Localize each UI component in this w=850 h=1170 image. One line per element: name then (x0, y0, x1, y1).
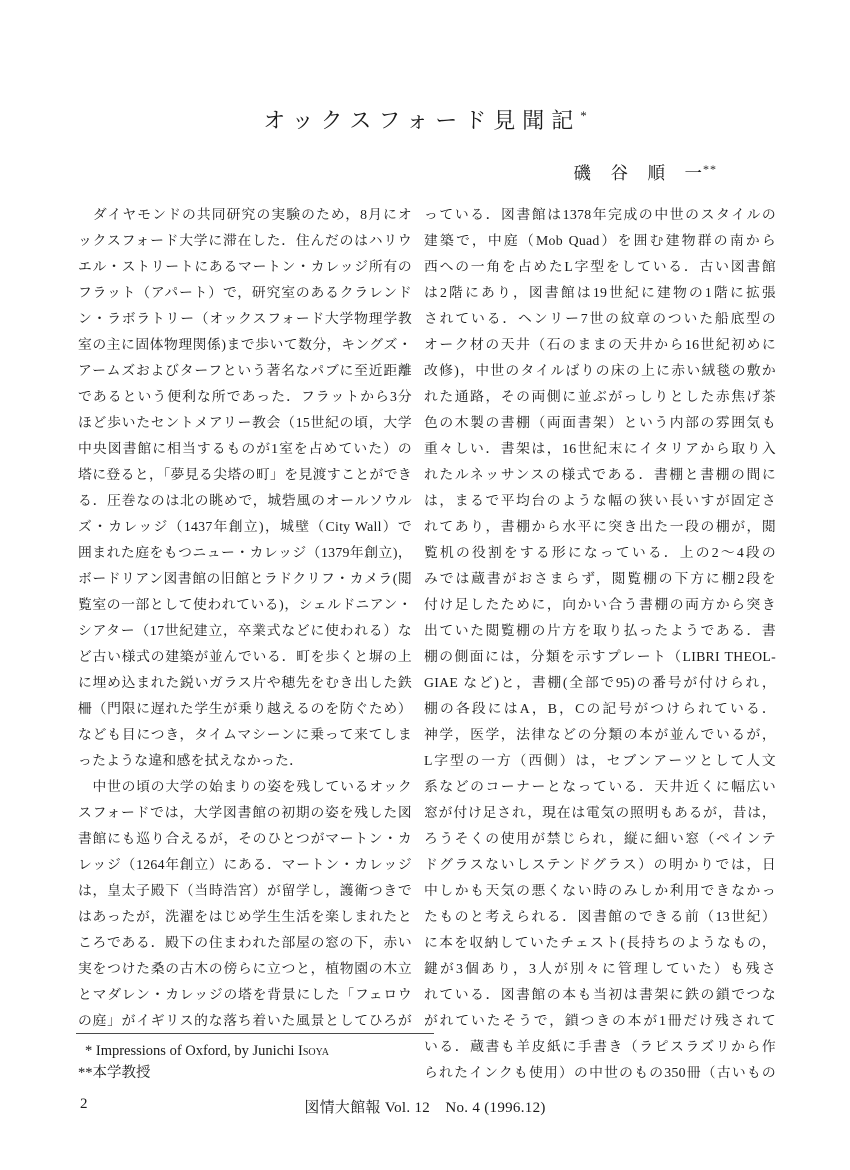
text-line: 塔に登ると，「夢見る尖塔の町」を見渡すことができ (78, 462, 412, 488)
text-line: されている．ヘンリー7世の紋章のついた船底型の (424, 306, 776, 332)
text-line: 柵（門限に遅れた学生が乗り越えるのを防ぐため） (78, 696, 412, 722)
text-line: 付け足したために，向かい合う書棚の両方から突き (424, 592, 776, 618)
text-line: 囲まれた庭をもつニュー・カレッジ（1379年創立)， (78, 540, 412, 566)
text-line: っている．図書館は1378年完成の中世のスタイルの (424, 202, 776, 228)
text-line: スフォードでは，大学図書館の初期の姿を残した図 (78, 800, 412, 826)
text-line: は，皇太子殿下（当時浩宮）が留学し，護衛つきで (78, 878, 412, 904)
text-line: レッジ（1264年創立）にある．マートン・カレッジ (78, 852, 412, 878)
text-line: がれていたそうで，鎖つきの本が1冊だけ残されて (424, 1008, 776, 1034)
journal-citation: 図情大館報 Vol. 12 No. 4 (1996.12) (0, 1096, 850, 1117)
text-line: る．圧巻なのは北の眺めで，城砦風のオールソウル (78, 488, 412, 514)
text-line: ど古い様式の建築が並んでいる．町を歩くと塀の上 (78, 644, 412, 670)
text-line: に埋め込まれた鋭いガラス片や穂先をむき出した鉄 (78, 670, 412, 696)
text-line: はあったが，洗濯をはじめ学生生活を楽しまれたと (78, 904, 412, 930)
text-line: エル・ストリートにあるマートン・カレッジ所有の (78, 254, 412, 280)
text-line: フラット（アパート）で，研究室のあるクラレンド (78, 280, 412, 306)
text-line: とマダレン・カレッジの塔を背景にした「フェロウ (78, 982, 412, 1008)
text-line: GIAE など)と，書棚(全部で95)の番号が付けられ， (424, 670, 776, 696)
footnote-author-name: Isoya (298, 1043, 329, 1059)
text-line: 実をつけた桑の古木の傍らに立つと，植物園の木立 (78, 956, 412, 982)
author-name: 磯 谷 順 一 (574, 163, 704, 183)
text-line: 神学，医学，法律などの分類の本が並んでいるが， (424, 722, 776, 748)
text-line: ボードリアン図書館の旧館とラドクリフ・カメラ(閲 (78, 566, 412, 592)
text-line: 系などのコーナーとなっている．天井近くに幅広い (424, 774, 776, 800)
article-title: オックスフォード見聞記* (0, 104, 850, 135)
text-line: いる．蔵書も羊皮紙に手書き（ラピスラズリから作 (424, 1034, 776, 1060)
text-line: ダイヤモンドの共同研究の実験のため，8月にオ (78, 202, 412, 228)
text-line: ったような違和感を拭えなかった． (78, 748, 412, 774)
text-line: は，まるで平均台のような幅の狭い長いすが固定さ (424, 488, 776, 514)
scanned-article-page: オックスフォード見聞記* 磯 谷 順 一** ダイヤモンドの共同研究の実験のため… (0, 0, 850, 1170)
text-line: たものと考えられる．図書館のできる前（13世紀） (424, 904, 776, 930)
text-line: 鍵が3個あり，3人が別々に管理していた）も残さ (424, 956, 776, 982)
text-line: れてあり，書棚から水平に突き出た一段の棚が，閲 (424, 514, 776, 540)
title-footnote-marker: * (580, 108, 587, 123)
text-line: ほど歩いたセントメアリー教会（15世紀の頃，大学 (78, 410, 412, 436)
text-line: 出ていた閲覧棚の片方を取り払ったようである．書 (424, 618, 776, 644)
left-text-column: ダイヤモンドの共同研究の実験のため，8月にオックスフォード大学に滞在した．住んだ… (78, 202, 412, 1034)
text-line: は2階にあり，図書館は19世紀に建物の1階に拡張 (424, 280, 776, 306)
text-line: れている．図書館の本も当初は書架に鉄の鎖でつな (424, 982, 776, 1008)
text-line: 西への一角を占めたL字型をしている．古い図書館 (424, 254, 776, 280)
text-line: 改修)，中世のタイルばりの床の上に赤い絨毯の敷か (424, 358, 776, 384)
text-line: 窓が付け足され，現在は電気の照明もあるが，昔は， (424, 800, 776, 826)
text-line: L字型の一方（西側）は，セブンアーツとして人文 (424, 748, 776, 774)
footnote-marker-1: * (85, 1043, 96, 1059)
text-line: ン・ラボラトリー（オックスフォード大学物理学教 (78, 306, 412, 332)
text-line: られたインクも使用）の中世のもの350冊（古いもの (424, 1060, 776, 1086)
text-line: であるという便利な所であった．フラットから3分 (78, 384, 412, 410)
footnote-english-title: * Impressions of Oxford, by Junichi Isoy… (78, 1040, 436, 1062)
text-line: 中しかも天気の悪くない時のみしか利用できなかっ (424, 878, 776, 904)
text-line: れた通路，その両側に並ぶがっしりとした赤焦げ茶 (424, 384, 776, 410)
text-line: ズ・カレッジ（1437年創立)，城壁（City Wall）で (78, 514, 412, 540)
text-line: 建築で，中庭（Mob Quad）を囲む建物群の南から (424, 228, 776, 254)
text-line: 覧机の役割をする形になっている．上の2～4段の (424, 540, 776, 566)
text-line: ころである．殿下の住まわれた部屋の窓の下，赤い (78, 930, 412, 956)
text-line: 棚の側面には，分類を示すプレート（LIBRI THEOL- (424, 644, 776, 670)
footnote-divider-rule (76, 1033, 434, 1034)
footnote-affiliation: **本学教授 (78, 1062, 436, 1084)
text-line: 覧室の一部として使われている)，シェルドニアン・ (78, 592, 412, 618)
author-footnote-marker: ** (703, 162, 717, 176)
right-text-column: っている．図書館は1378年完成の中世のスタイルの建築で，中庭（Mob Quad… (424, 202, 776, 1086)
text-line: オーク材の天井（石のままの天井から16世紀初めに (424, 332, 776, 358)
text-line: の庭」がイギリス的な落ち着いた風景としてひろが (78, 1008, 412, 1034)
footnote-text-1: Impressions of Oxford, by Junichi (96, 1043, 298, 1059)
text-line: 重々しい．書架は，16世紀末にイタリアから取り入 (424, 436, 776, 462)
text-line: アームズおよびターフという著名なパブに至近距離 (78, 358, 412, 384)
text-line: 書館にも巡り合えるが，そのひとつがマートン・カ (78, 826, 412, 852)
text-line: なども目につき，タイムマシーンに乗って来てしま (78, 722, 412, 748)
text-line: れたルネッサンスの様式である．書棚と書棚の間に (424, 462, 776, 488)
text-line: 室の主に固体物理関係)まで歩いて数分，キングズ・ (78, 332, 412, 358)
text-line: 色の木製の書棚（両面書架）という内部の雰囲気も (424, 410, 776, 436)
author-line: 磯 谷 順 一** (574, 160, 718, 185)
text-line: に本を収納していたチェスト(長持ちのようなもの， (424, 930, 776, 956)
text-line: 中世の頃の大学の始まりの姿を残しているオック (78, 774, 412, 800)
article-title-text: オックスフォード見聞記 (263, 108, 580, 133)
footnotes-block: * Impressions of Oxford, by Junichi Isoy… (78, 1040, 436, 1084)
text-line: ックスフォード大学に滞在した．住んだのはハリウ (78, 228, 412, 254)
text-line: ドグラスないしステンドグラス）の明かりでは，日 (424, 852, 776, 878)
text-line: みでは蔵書がおさまらず，閲覧棚の下方に棚2段を (424, 566, 776, 592)
text-line: シアター（17世紀建立，卒業式などに使われる）な (78, 618, 412, 644)
text-line: 棚の各段にはA，B，Cの記号がつけられている． (424, 696, 776, 722)
text-line: 中央図書館に相当するものが1室を占めていた）の (78, 436, 412, 462)
text-line: ろうそくの使用が禁じられ，縦に細い窓（ペインテ (424, 826, 776, 852)
